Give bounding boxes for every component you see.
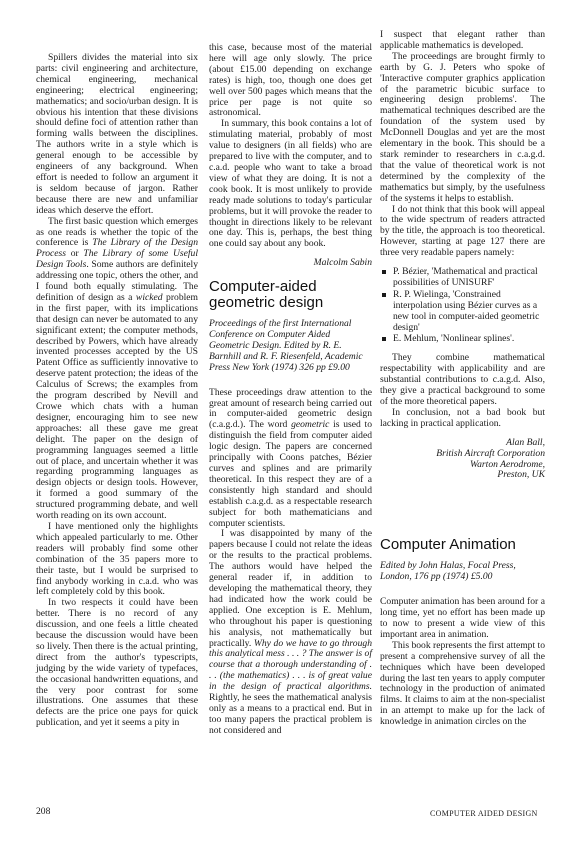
text-span: or bbox=[66, 248, 83, 259]
paragraph: this case, because most of the material … bbox=[209, 43, 372, 119]
italic-word: geometric bbox=[291, 419, 329, 430]
paragraph: I suspect that elegant rather than appli… bbox=[380, 30, 545, 52]
bullet-icon bbox=[382, 337, 386, 341]
text-span: I was disappointed by many of the papers… bbox=[209, 528, 372, 648]
bullet-icon bbox=[382, 270, 386, 274]
reviewer-name: Alan Ball, bbox=[380, 438, 545, 449]
text-span: problem in the first paper, with its imp… bbox=[36, 292, 198, 521]
list-item: R. P. Wielinga, 'Constrained interpolati… bbox=[380, 290, 545, 334]
paragraph: Spillers divides the material into six p… bbox=[36, 53, 198, 217]
bibliographic-details: Proceedings of the first International C… bbox=[209, 319, 372, 374]
paragraph: In conclusion, not a bad book but lackin… bbox=[380, 408, 545, 430]
running-footer-title: COMPUTER AIDED DESIGN bbox=[430, 809, 538, 818]
reviewer-place: Preston, UK bbox=[380, 470, 545, 481]
column-1: Spillers divides the material into six p… bbox=[36, 53, 198, 729]
bibliographic-details: Edited by John Halas, Focal Press, Londo… bbox=[380, 561, 545, 583]
paragraph: They combine mathematical respectability… bbox=[380, 353, 545, 408]
list-item: E. Mehlum, 'Nonlinear splines'. bbox=[380, 334, 545, 345]
paragraph: The first basic question which emerges a… bbox=[36, 217, 198, 522]
paragraph: I was disappointed by many of the papers… bbox=[209, 529, 372, 736]
paragraph: The proceedings are brought firmly to ea… bbox=[380, 52, 545, 205]
list-item: P. Bézier, 'Mathematical and practical p… bbox=[380, 267, 545, 289]
reviewer-signature: Malcolm Sabin bbox=[209, 258, 372, 269]
paragraph: Computer animation has been around for a… bbox=[380, 597, 545, 641]
paper-list: P. Bézier, 'Mathematical and practical p… bbox=[380, 267, 545, 345]
paragraph: In summary, this book contains a lot of … bbox=[209, 119, 372, 250]
page-number: 208 bbox=[36, 806, 50, 817]
paragraph: These proceedings draw attention to the … bbox=[209, 388, 372, 530]
review-heading: Computer Animation bbox=[380, 537, 545, 553]
list-item-text: P. Bézier, 'Mathematical and practical p… bbox=[393, 266, 538, 288]
list-item-text: R. P. Wielinga, 'Constrained interpolati… bbox=[393, 289, 539, 333]
column-2: this case, because most of the material … bbox=[209, 43, 372, 737]
reviewer-organization: British Aircraft Corporation bbox=[380, 449, 545, 460]
review-heading: Computer-aided geometric design bbox=[209, 279, 372, 311]
list-item-text: E. Mehlum, 'Nonlinear splines'. bbox=[393, 333, 514, 344]
section-gap bbox=[380, 481, 545, 527]
column-3: I suspect that elegant rather than appli… bbox=[380, 30, 545, 728]
paragraph: I do not think that this book will appea… bbox=[380, 205, 545, 260]
paragraph: In two respects it could have been bette… bbox=[36, 598, 198, 729]
text-span: is used to distinguish the field from co… bbox=[209, 419, 372, 528]
bullet-icon bbox=[382, 293, 386, 297]
italic-word: wicked bbox=[136, 292, 163, 303]
text-span: Rightly, he sees the mathematical analys… bbox=[209, 692, 372, 736]
paragraph: This book represents the first attempt t… bbox=[380, 641, 545, 728]
reviewer-signature: Alan Ball, British Aircraft Corporation … bbox=[380, 438, 545, 482]
paragraph: I have mentioned only the highlights whi… bbox=[36, 522, 198, 598]
